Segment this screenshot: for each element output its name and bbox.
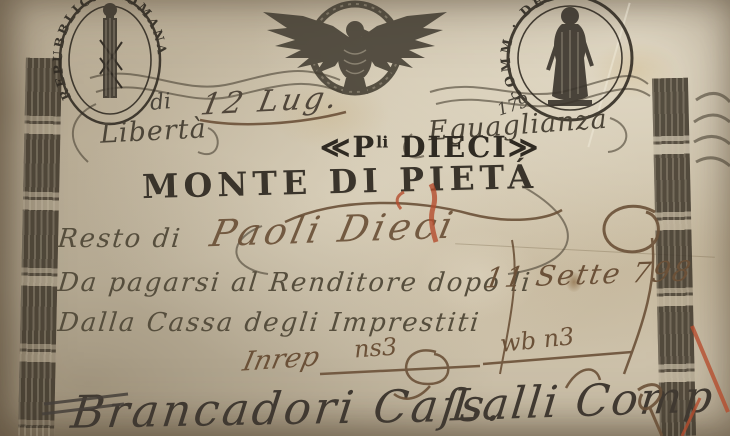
red-ink-marks	[0, 0, 730, 436]
banknote-document: REPUBBLICA ROMANA	[0, 0, 730, 436]
